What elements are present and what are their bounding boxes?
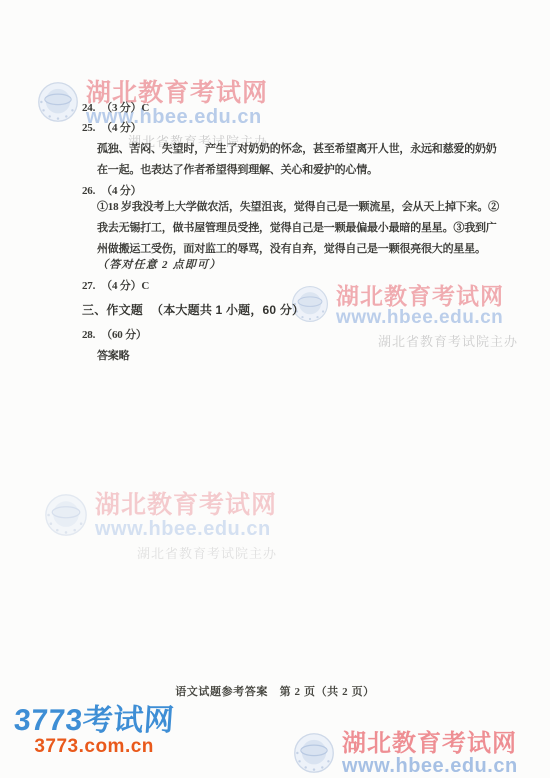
answer-25-paragraph-line-1: 孤独、苦闷、失望时，产生了对奶奶的怀念，甚至希望离开人世，永远和慈爱的奶奶: [97, 143, 497, 156]
answer-26-paragraph-line-2: 我去无锡打工，做书屋管理员受挫，觉得自己是一颗最偏最小最暗的星星。③我到广: [97, 222, 497, 235]
section-subtitle: （本大题共 1 小题，60 分）: [151, 303, 304, 317]
brand-domain-text: 3773.com.cn: [14, 737, 174, 758]
page-footer: 语文试题参考答案 第 2 页（共 2 页）: [0, 683, 550, 699]
question-number: 24.: [82, 102, 95, 114]
watermark-site-name: 湖北教育考试网: [95, 493, 277, 519]
watermark-text-block: 湖北教育考试网 www.hbee.edu.cn 湖北省教育考试院主办: [336, 285, 518, 350]
answer-text: （4 分）: [101, 185, 141, 197]
question-number: 26.: [82, 185, 95, 197]
globe-icon: [37, 81, 79, 123]
answer-line-26: 26.（4 分）: [82, 185, 141, 198]
watermark-hbee-top: 湖北教育考试网 www.hbee.edu.cn 湖北省教育考试院主办: [37, 81, 268, 150]
answer-25-paragraph-line-2: 在一起。也表达了作者希望得到理解、关心和爱护的心情。: [97, 164, 378, 177]
answer-28-omitted: 答案略: [97, 350, 129, 363]
watermark-text-block: 湖北教育考试网 www.hbee.edu.cn: [342, 732, 518, 777]
answer-text: （4 分）: [101, 122, 141, 134]
answer-26-grading-note: （答对任意 2 点即可）: [97, 259, 221, 272]
watermark-site-url: www.hbee.edu.cn: [336, 308, 518, 328]
answer-text: （3 分）C: [101, 102, 149, 114]
globe-icon: [293, 732, 335, 774]
watermark-hbee-mid-left: 湖北教育考试网 www.hbee.edu.cn 湖北省教育考试院主办: [44, 493, 277, 562]
answer-line-27: 27.（4 分）C: [82, 280, 149, 293]
answer-line-24: 24.（3 分）C: [82, 102, 149, 115]
question-number: 27.: [82, 280, 95, 292]
watermark-hbee-bottom-right: 湖北教育考试网 www.hbee.edu.cn: [293, 732, 518, 777]
answer-line-28: 28.（60 分）: [82, 329, 147, 342]
watermark-site-name: 湖北教育考试网: [342, 732, 518, 756]
watermark-site-url: www.hbee.edu.cn: [342, 756, 518, 777]
watermark-text-block: 湖北教育考试网 www.hbee.edu.cn 湖北省教育考试院主办: [95, 493, 277, 562]
question-number: 25.: [82, 122, 95, 134]
answer-26-paragraph-line-1: ①18 岁我没考上大学做农活，失望沮丧，觉得自己是一颗流星，会从天上掉下来。②: [97, 201, 499, 214]
answer-text: （60 分）: [101, 329, 147, 341]
watermark-host-label: 湖北省教育考试院主办: [378, 331, 518, 350]
answer-line-25: 25.（4 分）: [82, 122, 141, 135]
section-heading-essay: 三、作文题（本大题共 1 小题，60 分）: [82, 304, 304, 317]
watermark-site-url: www.hbee.edu.cn: [95, 519, 277, 540]
question-number: 28.: [82, 329, 95, 341]
watermark-hbee-mid-right: 湖北教育考试网 www.hbee.edu.cn 湖北省教育考试院主办: [291, 285, 518, 350]
brand-logo-3773: 3773考试网 3773.com.cn: [14, 704, 174, 758]
answer-sheet-page: 湖北教育考试网 www.hbee.edu.cn 湖北省教育考试院主办 湖北教育考…: [0, 0, 550, 778]
watermark-site-name: 湖北教育考试网: [336, 285, 518, 308]
watermark-host-label: 湖北省教育考试院主办: [137, 543, 277, 562]
brand-name-text: 3773考试网: [13, 704, 176, 737]
section-title: 三、作文题: [82, 303, 143, 317]
watermark-text-block: 湖北教育考试网 www.hbee.edu.cn 湖北省教育考试院主办: [86, 81, 268, 150]
answer-text: （4 分）C: [101, 280, 149, 292]
globe-icon: [44, 493, 88, 537]
answer-26-paragraph-line-3: 州做搬运工受伤，面对监工的辱骂，没有自弃，觉得自己是一颗很亮很大的星星。: [97, 243, 486, 256]
